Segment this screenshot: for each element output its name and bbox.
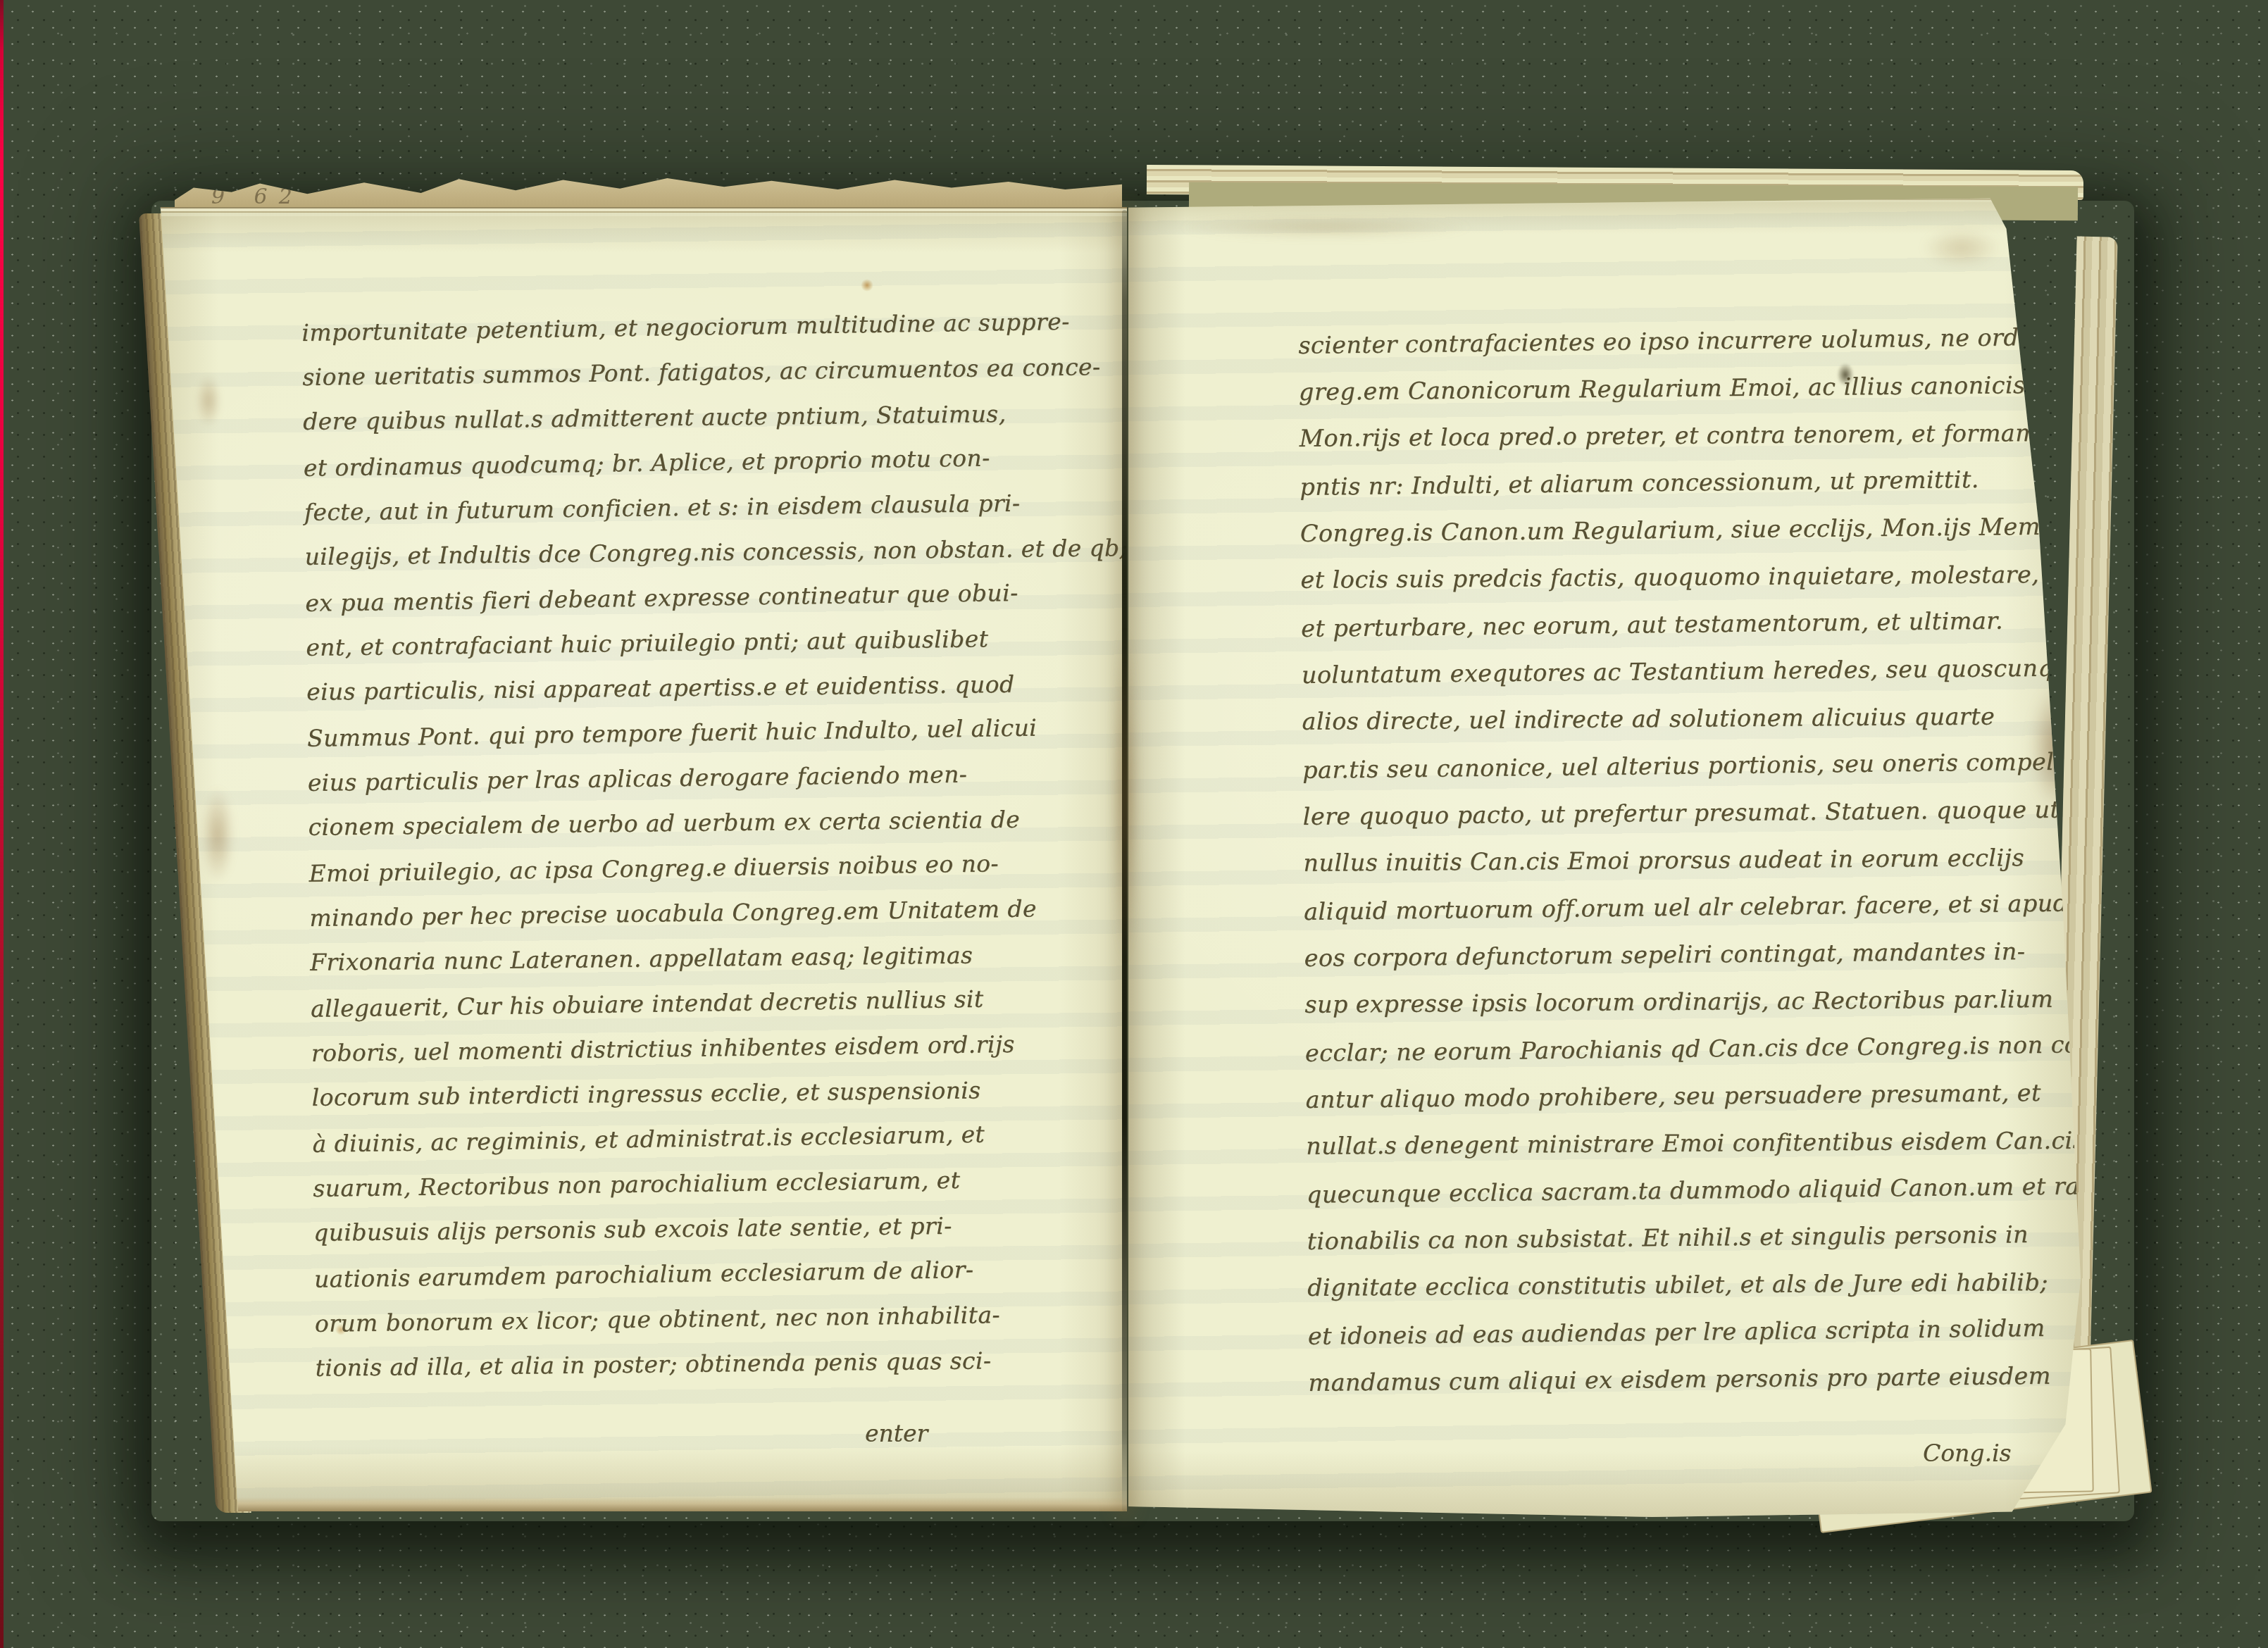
stain	[1923, 228, 2000, 268]
right-page-text: scienter contrafacientes eo ipso incurre…	[1298, 314, 2057, 1406]
manuscript-line: nullus inuitis Can.cis Emoi prorsus aude…	[1303, 834, 2051, 887]
left-page-bottom-edge	[161, 1497, 1127, 1511]
left-page-catchword: enter	[865, 1420, 928, 1447]
stain	[1178, 216, 1473, 239]
manuscript-line: mandamus cum aliqui ex eisdem personis p…	[1308, 1352, 2057, 1406]
manuscript-line: dignitate ecclica constitutis ubilet, et…	[1307, 1259, 2055, 1311]
right-page-catchword: Cong.is	[1923, 1440, 2011, 1467]
manuscript-line: nullat.s denegent ministrare Emoi confit…	[1306, 1117, 2054, 1170]
manuscript-line: aliquid mortuorum off.orum uel alr celeb…	[1304, 880, 2052, 935]
manuscript-line: greg.em Canonicorum Regularium Emoi, ac …	[1299, 361, 2048, 416]
manuscript-line: tionis ad illa, et alia in poster; obtin…	[315, 1337, 1057, 1391]
manuscript-photo: 9 62 importunitate petentium, et negocio…	[0, 0, 2268, 1648]
manuscript-line: et locis suis predcis factis, quoquomo i…	[1300, 551, 2048, 604]
manuscript-line: et perturbare, nec eorum, aut testamento…	[1301, 597, 2050, 652]
manuscript-line: tionabilis ca non subsistat. Et nihil.s …	[1307, 1211, 2055, 1265]
manuscript-line: ecclar; ne eorum Parochianis qd Can.cis …	[1305, 1021, 2054, 1077]
right-page: scienter contrafacientes eo ipso incurre…	[1128, 194, 2081, 1517]
stain	[196, 375, 221, 427]
foxing-spot	[861, 279, 873, 292]
red-film-edge	[0, 0, 4, 1648]
book-gutter	[1122, 210, 1127, 1511]
manuscript-line: quecunque ecclica sacram.ta dummodo aliq…	[1307, 1163, 2055, 1218]
manuscript-line: lere quoquo pacto, ut prefertur presumat…	[1302, 786, 2051, 840]
left-page-top-edge-lines	[161, 207, 1127, 216]
stain	[201, 787, 234, 883]
manuscript-line: et idoneis ad eas audiendas per lre apli…	[1307, 1304, 2056, 1360]
manuscript-line: Congreg.is Canon.um Regularium, siue ecc…	[1300, 503, 2049, 557]
manuscript-line: sup expresse ipsis locorum ordinarijs, a…	[1304, 975, 2052, 1028]
manuscript-line: scienter contrafacientes eo ipso incurre…	[1298, 313, 2047, 369]
manuscript-line: Mon.rijs et loca pred.o preter, et contr…	[1299, 409, 2047, 462]
manuscript-line: par.tis seu canonice, uel alterius porti…	[1302, 738, 2051, 794]
manuscript-line: antur aliquo modo prohibere, seu persuad…	[1305, 1069, 2054, 1123]
leaf-corner-marks: 9 62	[211, 185, 304, 209]
manuscript-line: alios directe, uel indirecte ad solution…	[1302, 692, 2050, 745]
manuscript-line: pntis nr: Indulti, et aliarum concession…	[1300, 455, 2048, 511]
manuscript-line: eos corpora defunctorum sepeliri conting…	[1304, 928, 2052, 982]
manuscript-line: uoluntatum exequtores ac Testantium here…	[1302, 644, 2050, 699]
left-page: importunitate petentium, et negociorum m…	[161, 207, 1127, 1511]
left-page-text: importunitate petentium, et negociorum m…	[301, 300, 1057, 1392]
